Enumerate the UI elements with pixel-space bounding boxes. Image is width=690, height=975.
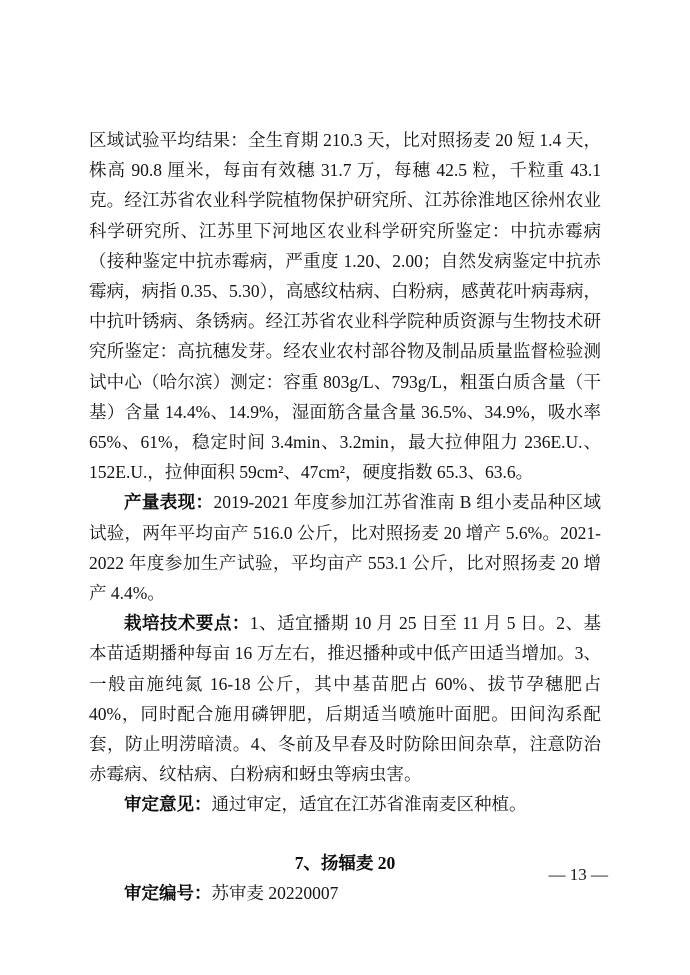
cultivation-paragraph: 栽培技术要点：1、适宜播期 10 月 25 日至 11 月 5 日。2、基本苗适… — [89, 608, 601, 789]
trial-results-text: 区域试验平均结果：全生育期 210.3 天，比对照扬麦 20 短 1.4 天，株… — [89, 130, 601, 482]
page-content: 区域试验平均结果：全生育期 210.3 天，比对照扬麦 20 短 1.4 天，株… — [89, 125, 601, 908]
approval-number-label: 审定编号： — [124, 883, 212, 903]
cultivation-label: 栽培技术要点： — [124, 613, 250, 633]
cultivation-text: 1、适宜播期 10 月 25 日至 11 月 5 日。2、基本苗适期播种每亩 1… — [89, 613, 601, 784]
opinion-label: 审定意见： — [124, 794, 212, 814]
yield-paragraph: 产量表现：2019-2021 年度参加江苏省淮南 B 组小麦品种区域试验，两年平… — [89, 487, 601, 608]
variety-heading: 7、扬辐麦 20 — [89, 848, 601, 878]
document-page: 区域试验平均结果：全生育期 210.3 天，比对照扬麦 20 短 1.4 天，株… — [0, 0, 690, 975]
yield-label: 产量表现： — [124, 492, 213, 512]
opinion-paragraph: 审定意见：通过审定，适宜在江苏省淮南麦区种植。 — [89, 789, 601, 819]
approval-number-value: 苏审麦 20220007 — [212, 883, 339, 903]
page-number: — 13 — — [549, 860, 609, 890]
opinion-text: 通过审定，适宜在江苏省淮南麦区种植。 — [212, 794, 527, 814]
trial-results-paragraph: 区域试验平均结果：全生育期 210.3 天，比对照扬麦 20 短 1.4 天，株… — [89, 125, 601, 487]
approval-number-paragraph: 审定编号：苏审麦 20220007 — [89, 878, 601, 908]
